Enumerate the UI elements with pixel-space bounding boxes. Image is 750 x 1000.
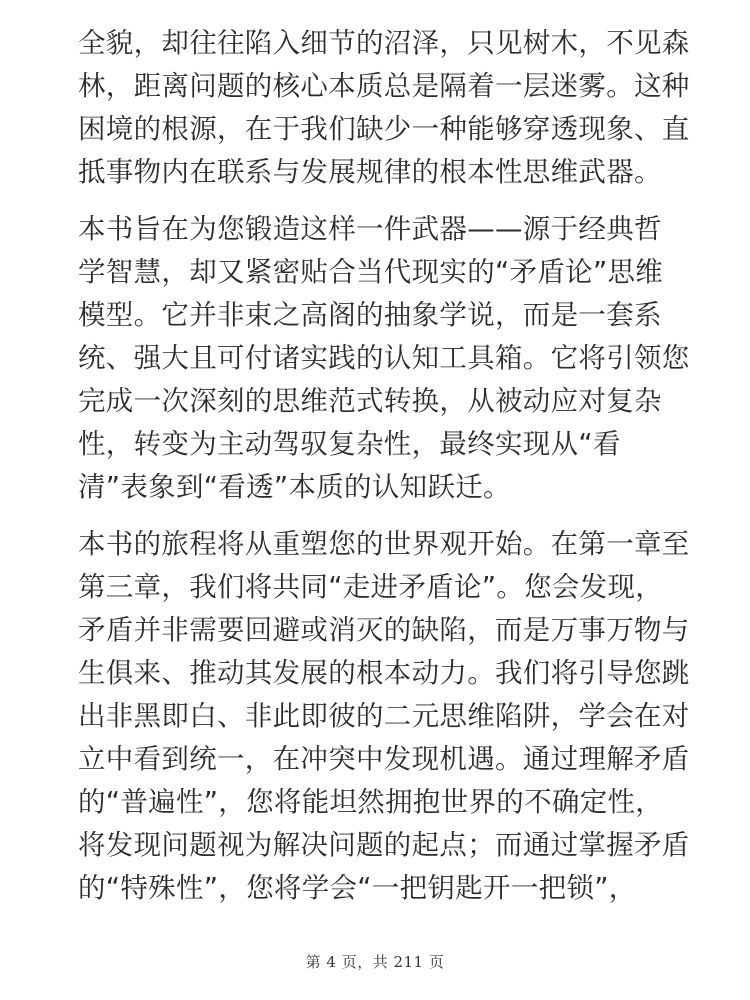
page-number-footer: 第 4 页，共 211 页	[0, 951, 750, 972]
paragraph-3: 本书的旅程将从重塑您的世界观开始。在第一章至 第三章，我们将共同“走进矛盾论”。…	[78, 523, 718, 910]
text-line: 全貌，却往往陷入细节的沼泽，只见树木，不见森	[78, 22, 718, 65]
document-page: 全貌，却往往陷入细节的沼泽，只见树木，不见森 林，距离问题的核心本质总是隔着一层…	[78, 22, 718, 924]
text-line: 统、强大且可付诸实践的认知工具箱。它将引领您	[78, 337, 718, 380]
text-line: 的“特殊性”，您将学会“一把钥匙开一把锁”，	[78, 867, 718, 910]
text-line: 完成一次深刻的思维范式转换，从被动应对复杂	[78, 380, 718, 423]
text-line: 出非黑即白、非此即彼的二元思维陷阱，学会在对	[78, 695, 718, 738]
text-line: 模型。它并非束之高阁的抽象学说，而是一套系	[78, 294, 718, 337]
text-line: 将发现问题视为解决问题的起点；而通过掌握矛盾	[78, 824, 718, 867]
text-line: 本书的旅程将从重塑您的世界观开始。在第一章至	[78, 523, 718, 566]
text-line: 生俱来、推动其发展的根本动力。我们将引导您跳	[78, 652, 718, 695]
text-line: 清”表象到“看透”本质的认知跃迁。	[78, 466, 718, 509]
text-line: 第三章，我们将共同“走进矛盾论”。您会发现，	[78, 566, 718, 609]
text-line: 立中看到统一，在冲突中发现机遇。通过理解矛盾	[78, 738, 718, 781]
text-line: 困境的根源，在于我们缺少一种能够穿透现象、直	[78, 108, 718, 151]
text-line: 抵事物内在联系与发展规律的根本性思维武器。	[78, 151, 718, 194]
text-line: 性，转变为主动驾驭复杂性，最终实现从“看	[78, 423, 718, 466]
paragraph-2: 本书旨在为您锻造这样一件武器——源于经典哲 学智慧，却又紧密贴合当代现实的“矛盾…	[78, 208, 718, 509]
paragraph-1: 全貌，却往往陷入细节的沼泽，只见树木，不见森 林，距离问题的核心本质总是隔着一层…	[78, 22, 718, 194]
text-line: 的“普遍性”，您将能坦然拥抱世界的不确定性，	[78, 781, 718, 824]
text-line: 林，距离问题的核心本质总是隔着一层迷雾。这种	[78, 65, 718, 108]
text-line: 学智慧，却又紧密贴合当代现实的“矛盾论”思维	[78, 251, 718, 294]
text-line: 本书旨在为您锻造这样一件武器——源于经典哲	[78, 208, 718, 251]
text-line: 矛盾并非需要回避或消灭的缺陷，而是万事万物与	[78, 609, 718, 652]
